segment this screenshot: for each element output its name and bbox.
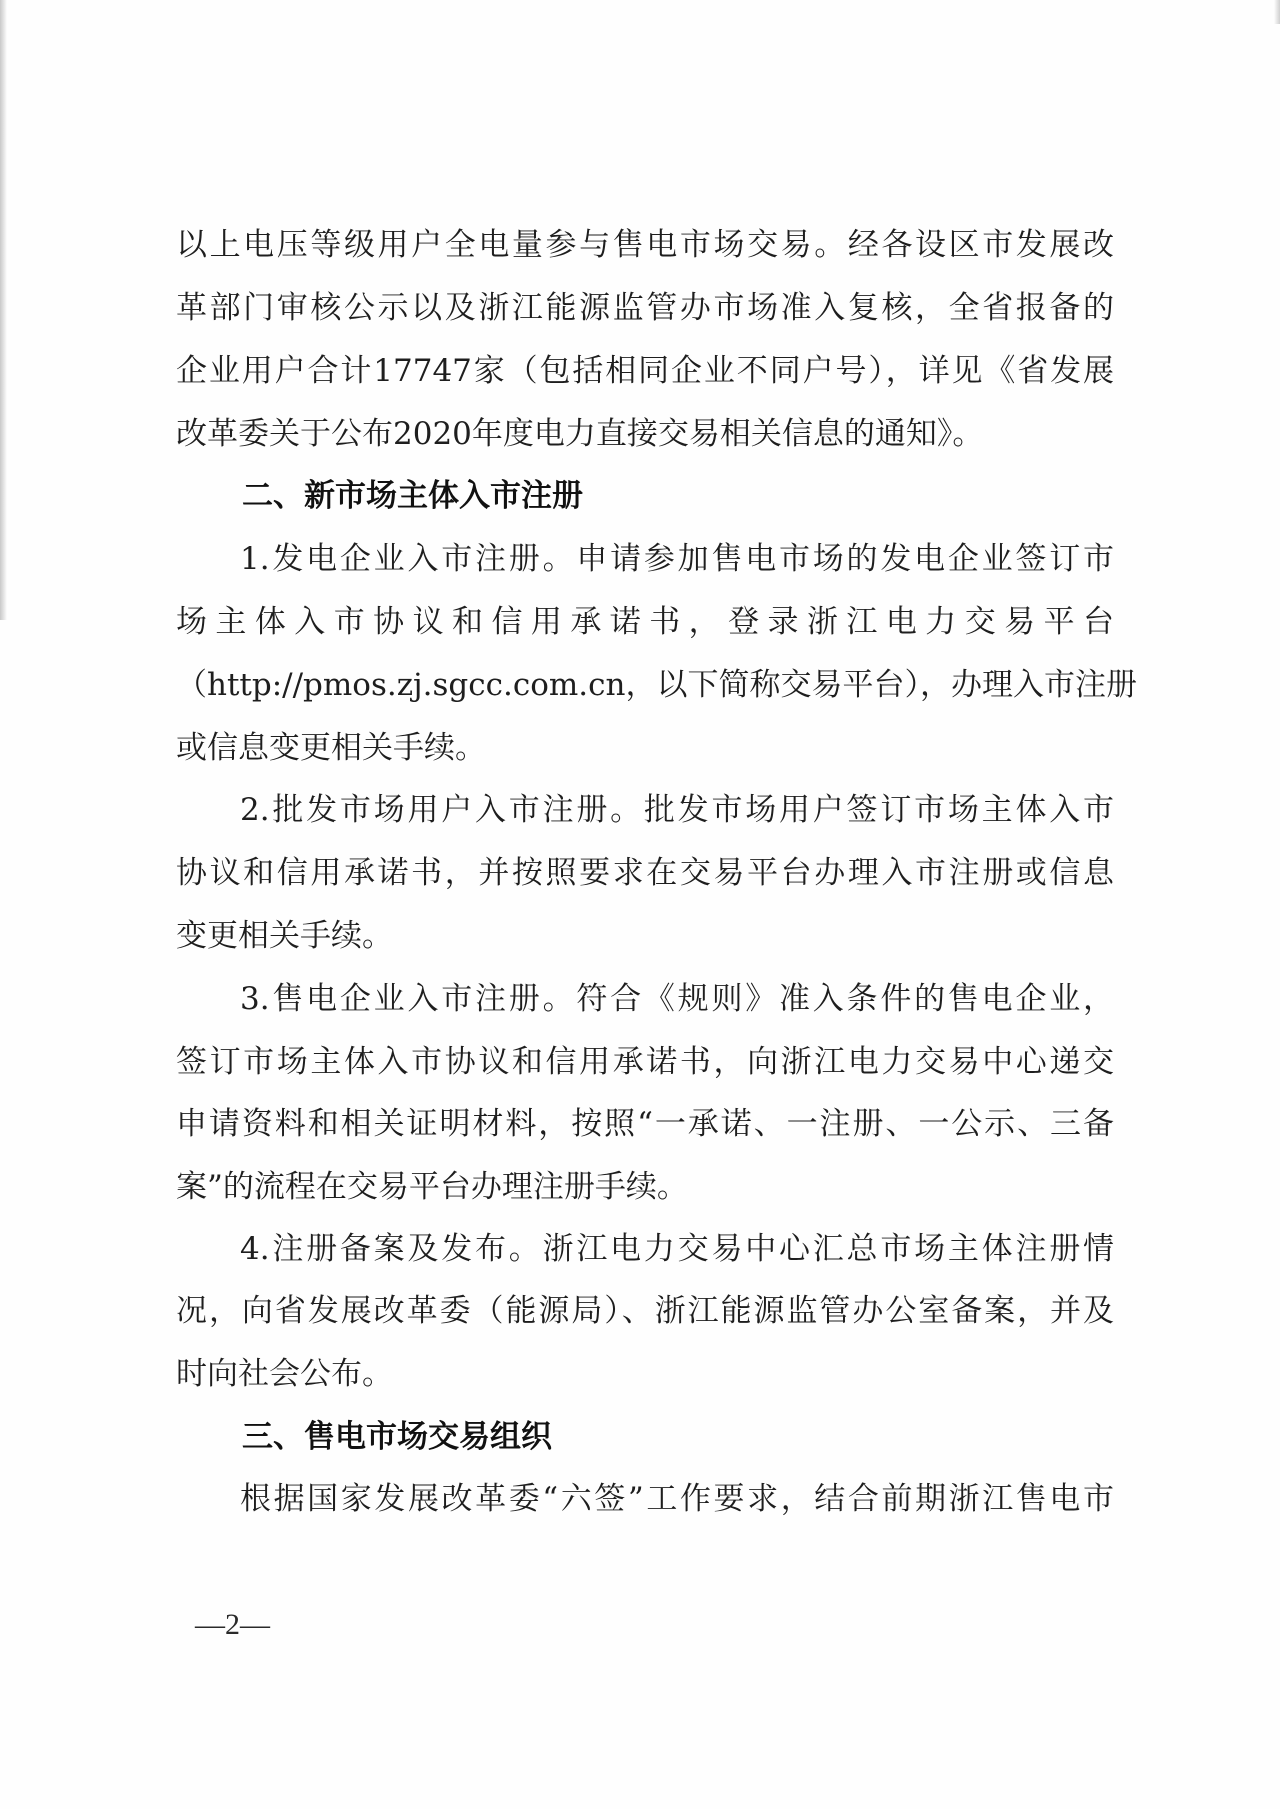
paragraph-line: 1.发电企业入市注册。申请参加售电市场的发电企业签订市 bbox=[240, 539, 1114, 579]
paragraph-line: 革部门审核公示以及浙江能源监管办市场准入复核，全省报备的 bbox=[176, 288, 1114, 328]
section-heading-2: 二、新市场主体入市注册 bbox=[242, 476, 1114, 516]
paragraph-line: 申请资料和相关证明材料，按照“一承诺、一注册、一公示、三备 bbox=[176, 1104, 1114, 1144]
paragraph-line-url: （http://pmos.zj.sgcc.com.cn，以下简称交易平台），办理… bbox=[176, 665, 1114, 705]
paragraph-line: 案”的流程在交易平台办理注册手续。 bbox=[176, 1167, 1114, 1207]
paragraph-line: 场主体入市协议和信用承诺书，登录浙江电力交易平台 bbox=[176, 602, 1114, 642]
paragraph-line: 2.批发市场用户入市注册。批发市场用户签订市场主体入市 bbox=[240, 790, 1114, 830]
paragraph-line: 时向社会公布。 bbox=[176, 1354, 1114, 1394]
paragraph-line: 或信息变更相关手续。 bbox=[176, 728, 1114, 768]
paragraph-line: 根据国家发展改革委“六签”工作要求，结合前期浙江售电市 bbox=[240, 1479, 1114, 1519]
paragraph-line: 4.注册备案及发布。浙江电力交易中心汇总市场主体注册情 bbox=[240, 1229, 1114, 1269]
paragraph-line: 企业用户合计17747家（包括相同企业不同户号），详见《省发展 bbox=[176, 351, 1114, 391]
scan-shadow-right bbox=[1274, 0, 1280, 24]
page-number: —2— bbox=[195, 1607, 270, 1643]
paragraph-line: 协议和信用承诺书，并按照要求在交易平台办理入市注册或信息 bbox=[176, 853, 1114, 893]
section-heading-3: 三、售电市场交易组织 bbox=[242, 1417, 1114, 1457]
scan-shadow-left bbox=[0, 0, 7, 620]
paragraph-line: 以上电压等级用户全电量参与售电市场交易。经各设区市发展改 bbox=[176, 225, 1114, 265]
paragraph-line: 改革委关于公布2020年度电力直接交易相关信息的通知》。 bbox=[176, 414, 1114, 454]
paragraph-line: 签订市场主体入市协议和信用承诺书，向浙江电力交易中心递交 bbox=[176, 1042, 1114, 1082]
paragraph-line: 3.售电企业入市注册。符合《规则》准入条件的售电企业， bbox=[240, 979, 1114, 1019]
paragraph-line: 况，向省发展改革委（能源局）、浙江能源监管办公室备案，并及 bbox=[176, 1291, 1114, 1331]
document-page: 以上电压等级用户全电量参与售电市场交易。经各设区市发展改 革部门审核公示以及浙江… bbox=[0, 0, 1280, 1809]
paragraph-line: 变更相关手续。 bbox=[176, 916, 1114, 956]
